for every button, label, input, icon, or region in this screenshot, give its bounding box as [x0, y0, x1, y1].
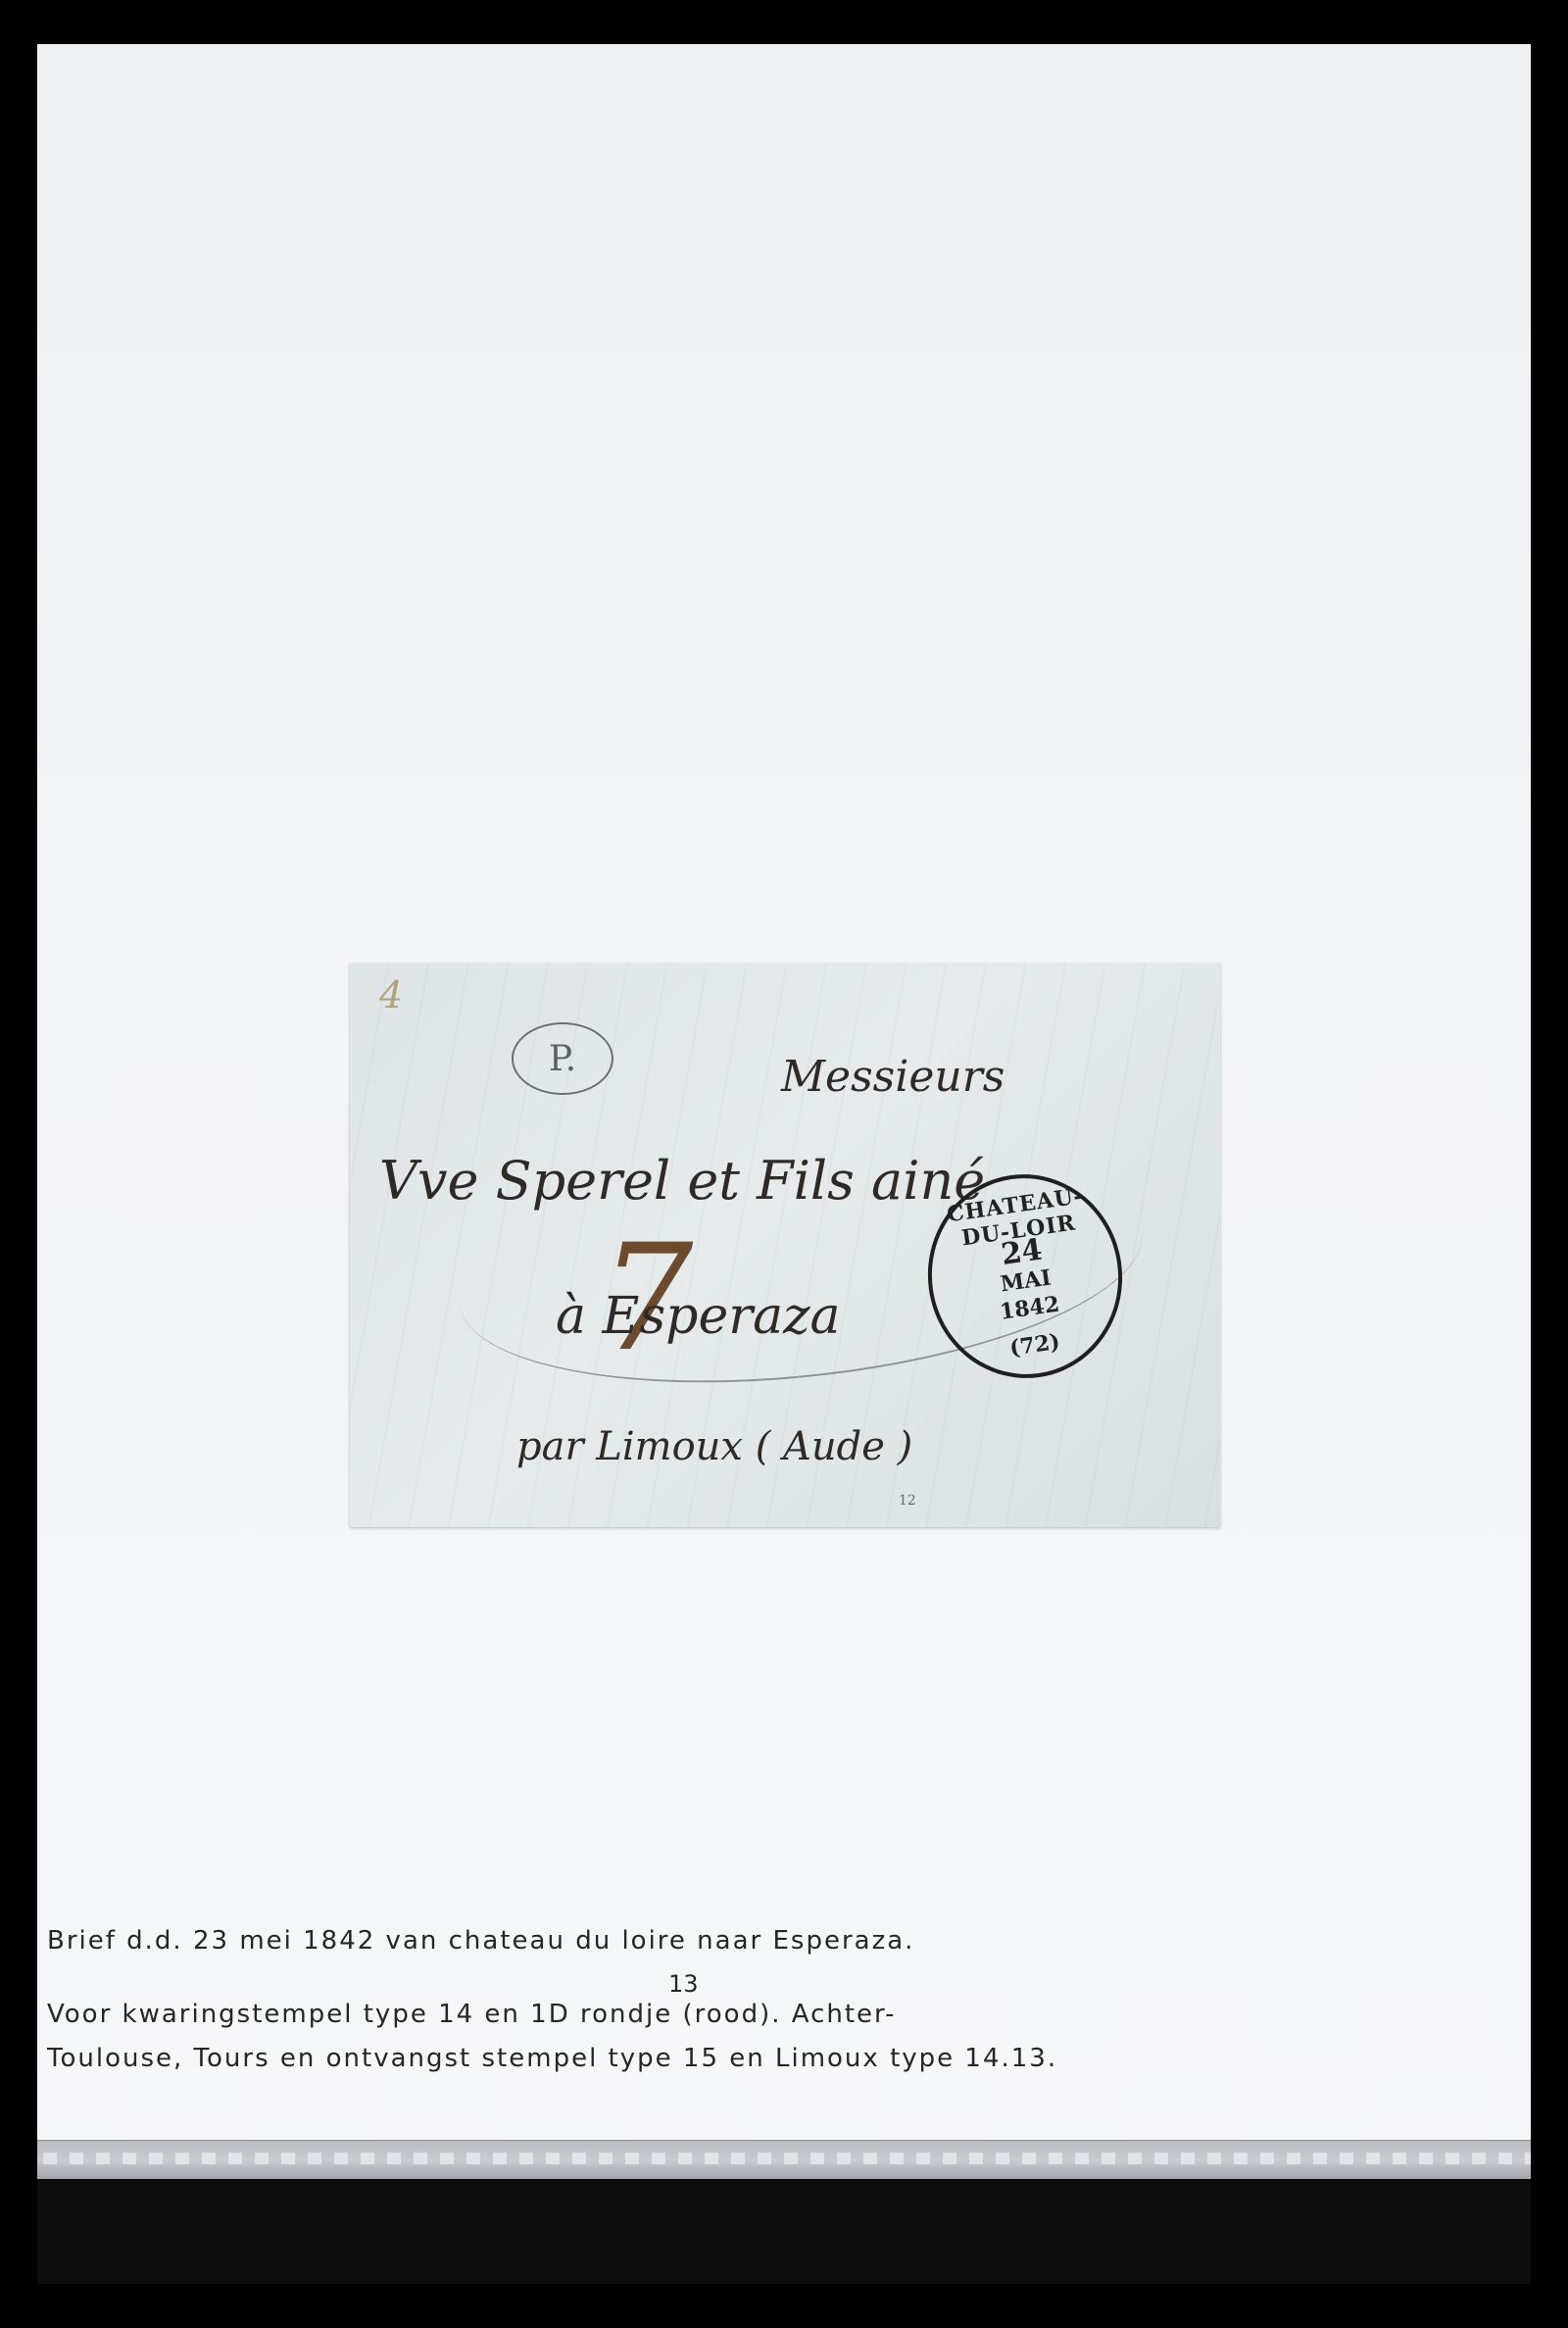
dark-background-band [37, 2179, 1531, 2284]
caption-line-1: Brief d.d. 23 mei 1842 van chateau du lo… [47, 1926, 914, 1956]
cover-envelope: 4 P. Messieurs Vve Sperel et Fils ainé 7… [350, 964, 1220, 1527]
album-sleeve-edge [37, 2140, 1531, 2180]
small-pencil-note: 12 [899, 1493, 916, 1509]
pencil-mark: 4 [379, 973, 403, 1016]
address-line-4: par Limoux ( Aude ) [516, 1424, 912, 1469]
address-line-3: à Esperaza [556, 1287, 841, 1346]
caption-line-2: Voor kwaringstempel type 14 en 1D rondje… [47, 2000, 896, 2029]
caption-superscript: 13 [668, 1970, 699, 1998]
address-line-1: Messieurs [781, 1052, 1004, 1102]
pd-oval-stamp: P. [512, 1022, 613, 1095]
sleeve-perforations [37, 2153, 1531, 2164]
caption-line-3: Toulouse, Tours en ontvangst stempel typ… [47, 2044, 1057, 2073]
